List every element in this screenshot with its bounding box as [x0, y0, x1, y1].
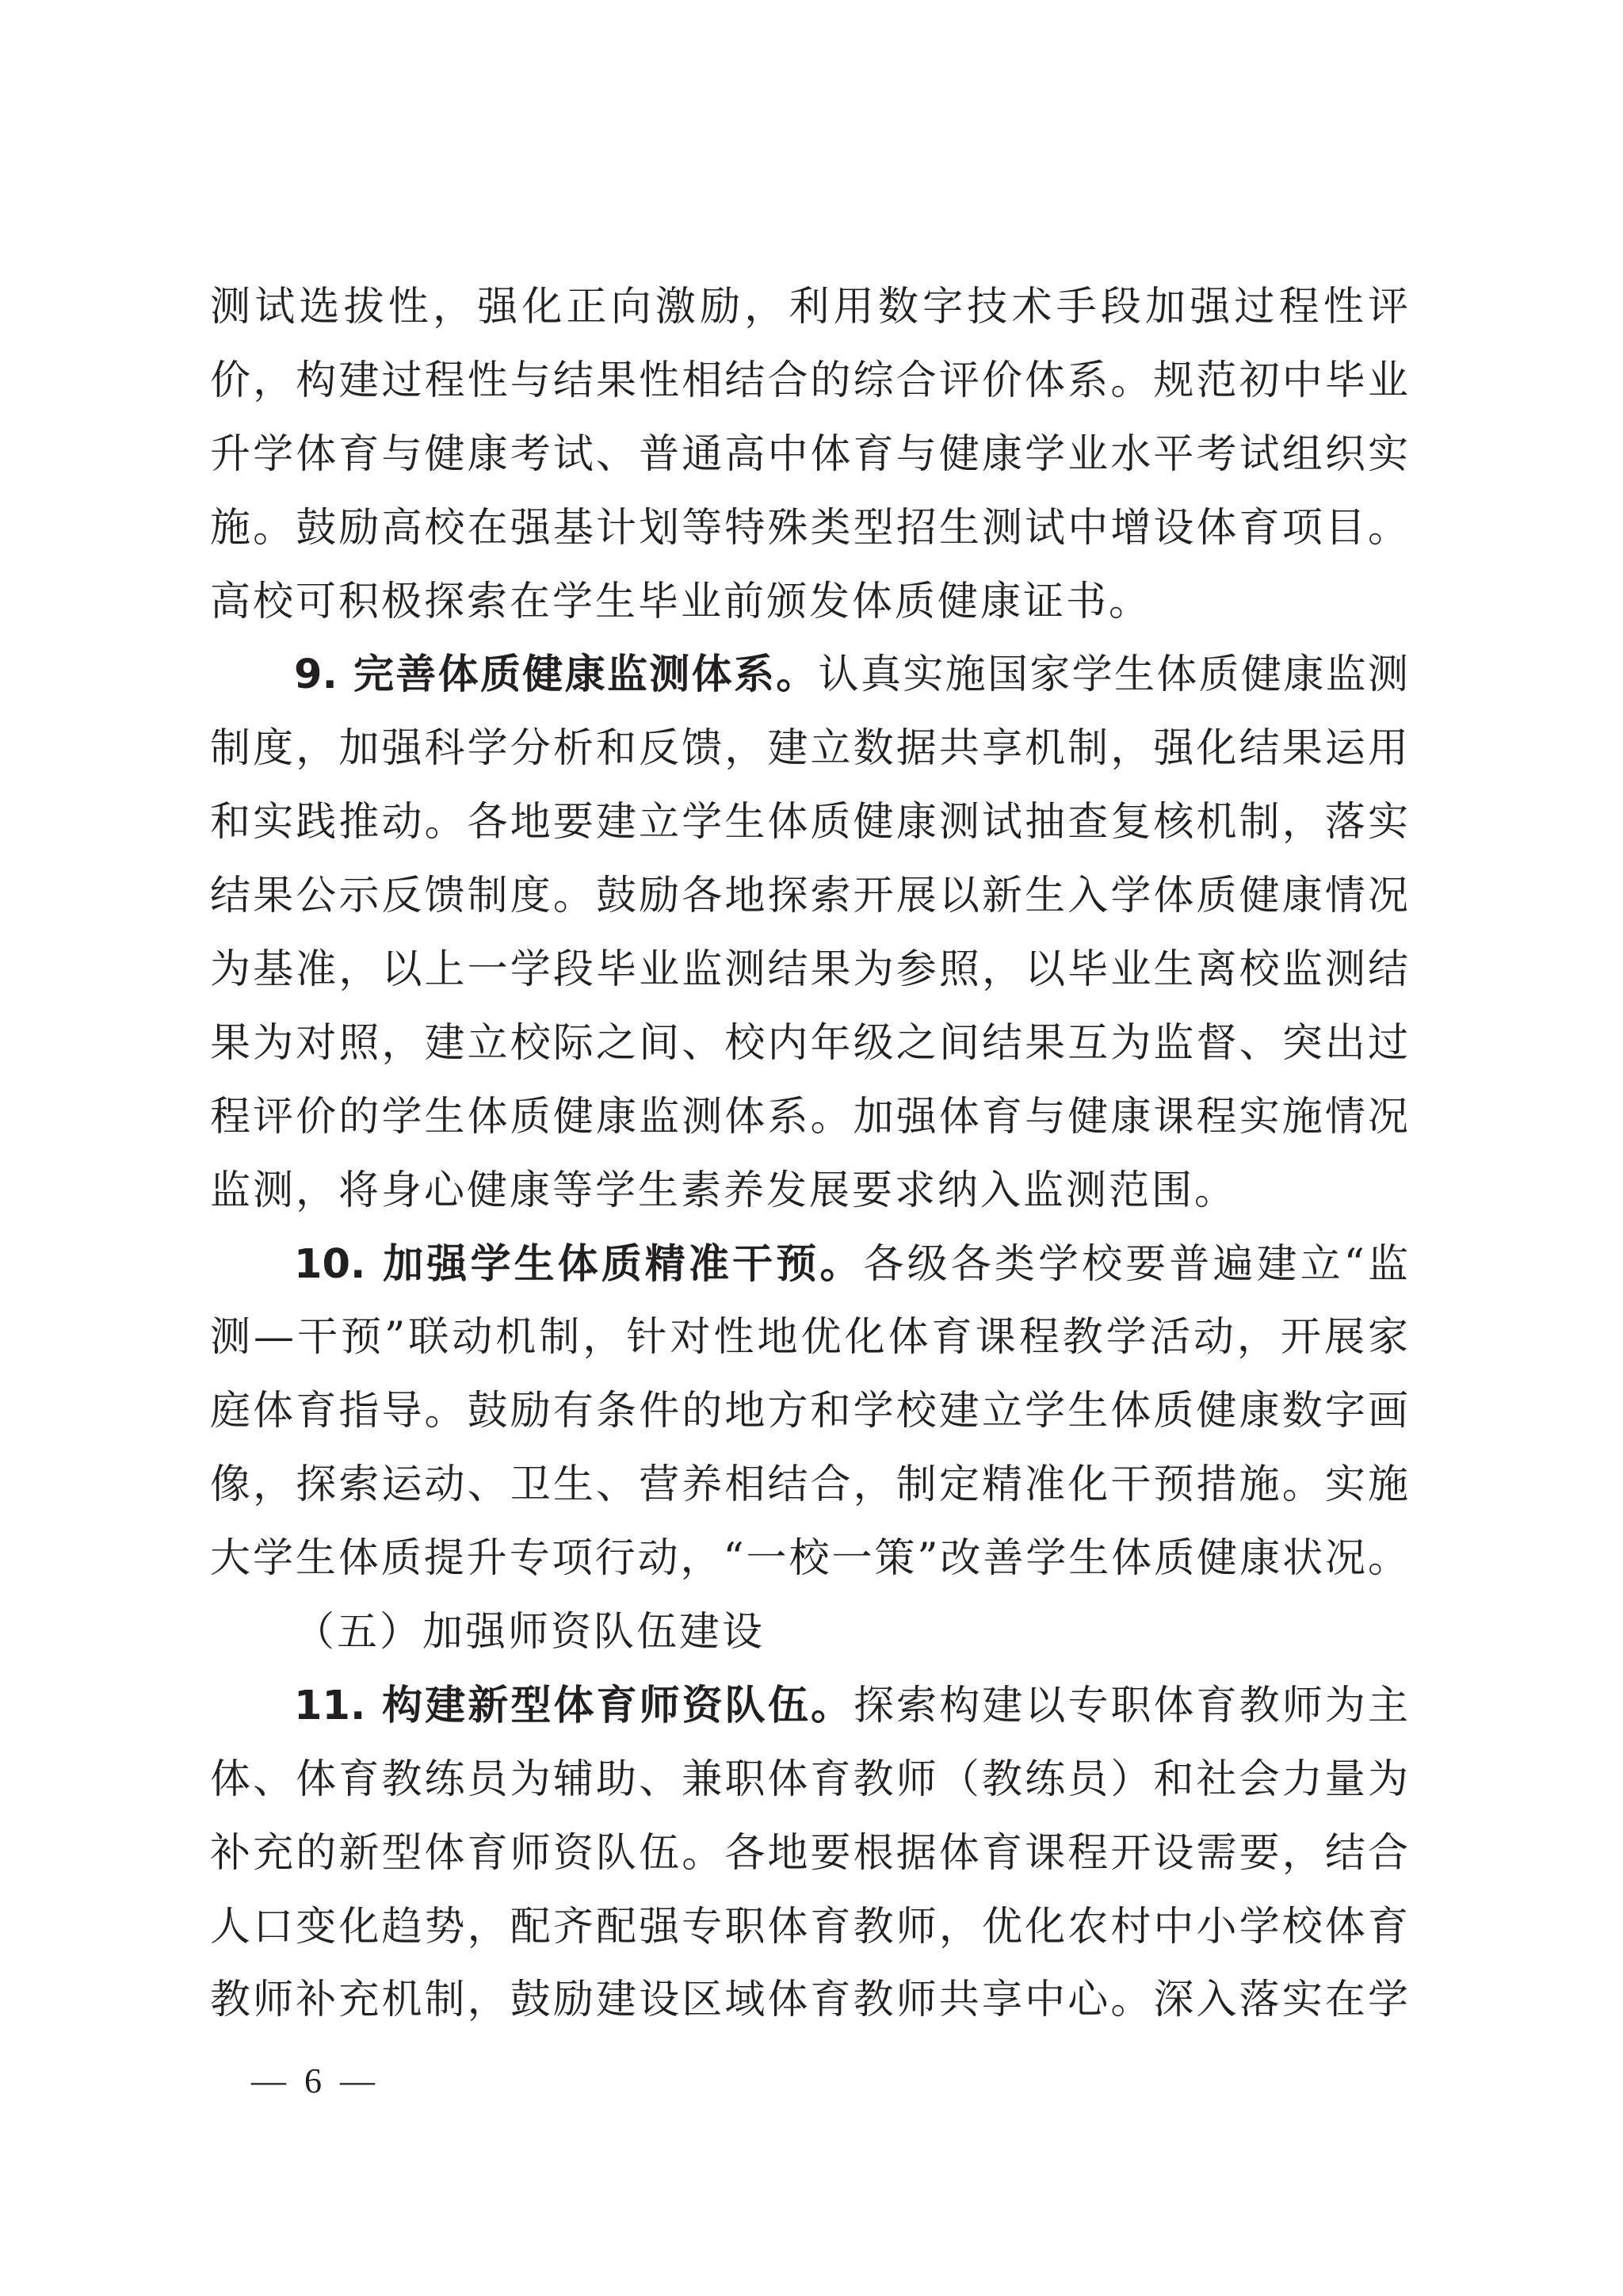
text-line: 人口变化趋势，配齐配强专职体育教师，优化农村中小学校体育 [210, 1891, 1408, 1965]
item-10-text: 各级各类学校要普遍建立“监 [864, 1241, 1408, 1288]
text-line: 结果公示反馈制度。鼓励各地探索开展以新生入学体质健康情况 [210, 860, 1408, 934]
text-line: 测试选拔性，强化正向激励，利用数字技术手段加强过程性评 [210, 271, 1408, 345]
item-10-heading: 10. 加强学生体质精准干预。 [294, 1241, 864, 1288]
item-11-first-line: 11. 构建新型体育师资队伍。探索构建以专职体育教师为主 [210, 1670, 1408, 1744]
text-line: 测—干预”联动机制，针对性地优化体育课程教学活动，开展家 [210, 1301, 1408, 1375]
page-number: — 6 — [251, 2061, 380, 2101]
text-line: 升学体育与健康考试、普通高中体育与健康学业水平考试组织实 [210, 418, 1408, 492]
text-line: 庭体育指导。鼓励有条件的地方和学校建立学生体质健康数字画 [210, 1375, 1408, 1449]
text-line: 像，探索运动、卫生、营养相结合，制定精准化干预措施。实施 [210, 1449, 1408, 1522]
text-line: 施。鼓励高校在强基计划等特殊类型招生测试中增设体育项目。 [210, 492, 1408, 566]
item-9-heading: 9. 完善体质健康监测体系。 [294, 651, 819, 698]
item-9-text: 认真实施国家学生体质健康监测 [819, 651, 1408, 698]
text-line: 价，构建过程性与结果性相结合的综合评价体系。规范初中毕业 [210, 345, 1408, 418]
item-11-text: 探索构建以专职体育教师为主 [854, 1683, 1408, 1729]
text-line: 教师补充机制，鼓励建设区域体育教师共享中心。深入落实在学 [210, 1964, 1408, 2038]
item-11-heading: 11. 构建新型体育师资队伍。 [294, 1683, 854, 1729]
text-line: 补充的新型体育师资队伍。各地要根据体育课程开设需要，结合 [210, 1817, 1408, 1891]
text-line: 体、体育教练员为辅助、兼职体育教师（教练员）和社会力量为 [210, 1744, 1408, 1817]
text-line: 果为对照，建立校际之间、校内年级之间结果互为监督、突出过 [210, 1007, 1408, 1081]
text-line: 为基准，以上一学段毕业监测结果为参照，以毕业生离校监测结 [210, 934, 1408, 1007]
text-line: 大学生体质提升专项行动，“一校一策”改善学生体质健康状况。 [210, 1522, 1408, 1596]
text-line: 和实践推动。各地要建立学生体质健康测试抽查复核机制，落实 [210, 786, 1408, 860]
text-line: 高校可积极探索在学生毕业前颁发体质健康证书。 [210, 566, 1408, 640]
section-heading: （五）加强师资队伍建设 [210, 1596, 1408, 1670]
item-9-first-line: 9. 完善体质健康监测体系。认真实施国家学生体质健康监测 [210, 639, 1408, 712]
item-10-first-line: 10. 加强学生体质精准干预。各级各类学校要普遍建立“监 [210, 1228, 1408, 1302]
text-line: 监测，将身心健康等学生素养发展要求纳入监测范围。 [210, 1155, 1408, 1228]
document-page: 测试选拔性，强化正向激励，利用数字技术手段加强过程性评 价，构建过程性与结果性相… [0, 0, 1623, 2296]
body-text: 测试选拔性，强化正向激励，利用数字技术手段加强过程性评 价，构建过程性与结果性相… [210, 271, 1408, 2038]
text-line: 程评价的学生体质健康监测体系。加强体育与健康课程实施情况 [210, 1081, 1408, 1155]
text-line: 制度，加强科学分析和反馈，建立数据共享机制，强化结果运用 [210, 712, 1408, 786]
